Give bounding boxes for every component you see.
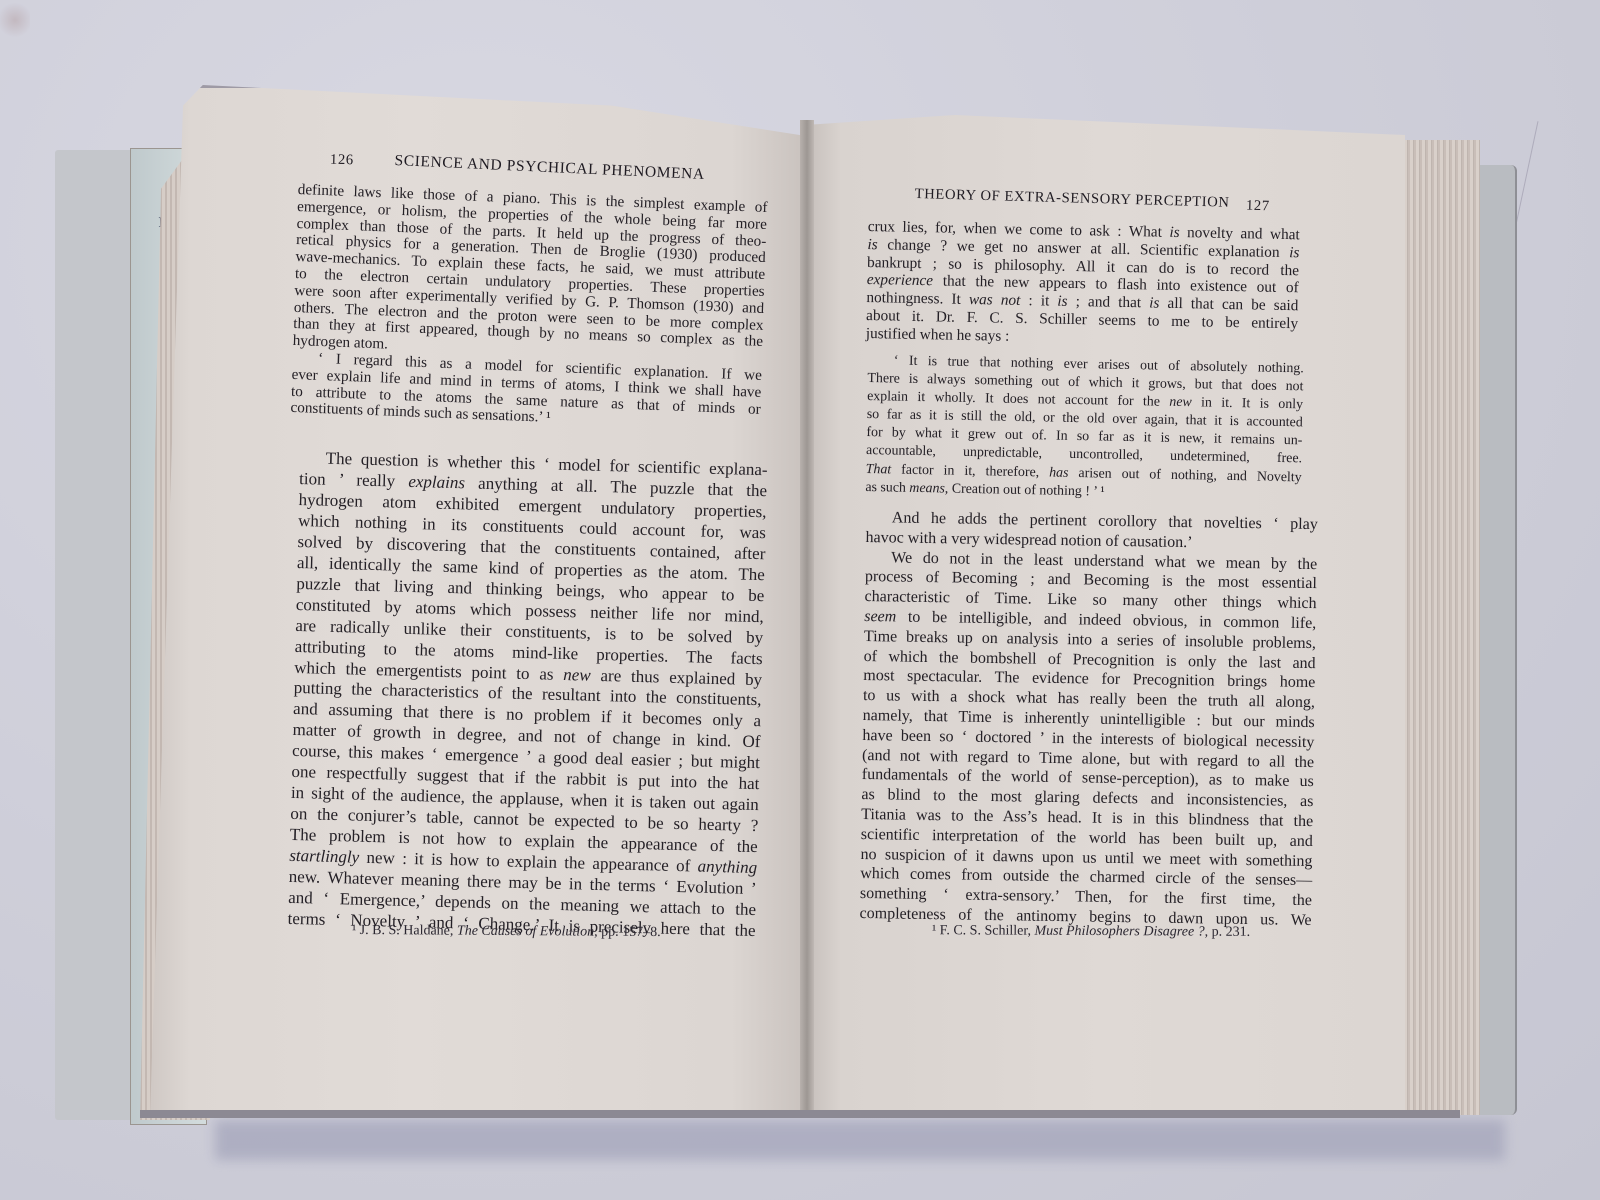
book-shadow xyxy=(215,1120,1505,1160)
right-page-number: 127 xyxy=(1246,198,1270,216)
left-page-text-main: The question is whether this ‘ model for… xyxy=(287,448,767,942)
right-page-text-main: And he adds the pertinent corollory that… xyxy=(859,508,1317,931)
right-footnote: ¹ F. C. S. Schiller, Must Philosophers D… xyxy=(932,923,1250,941)
schiller-quote: ‘ It is true that nothing ever arises ou… xyxy=(865,352,1304,505)
page-bottom-edge xyxy=(140,1110,1460,1118)
left-page-text-top: definite laws like those of a piano. Thi… xyxy=(290,182,767,435)
left-footnote: ¹ J. B. S. Haldane, The Causes of Evolut… xyxy=(352,923,661,941)
right-page-text-top: crux lies, for, when we come to ask : Wh… xyxy=(866,218,1300,351)
left-page-number: 126 xyxy=(330,152,354,169)
book-gutter xyxy=(800,120,814,1115)
table-stain xyxy=(0,0,30,40)
